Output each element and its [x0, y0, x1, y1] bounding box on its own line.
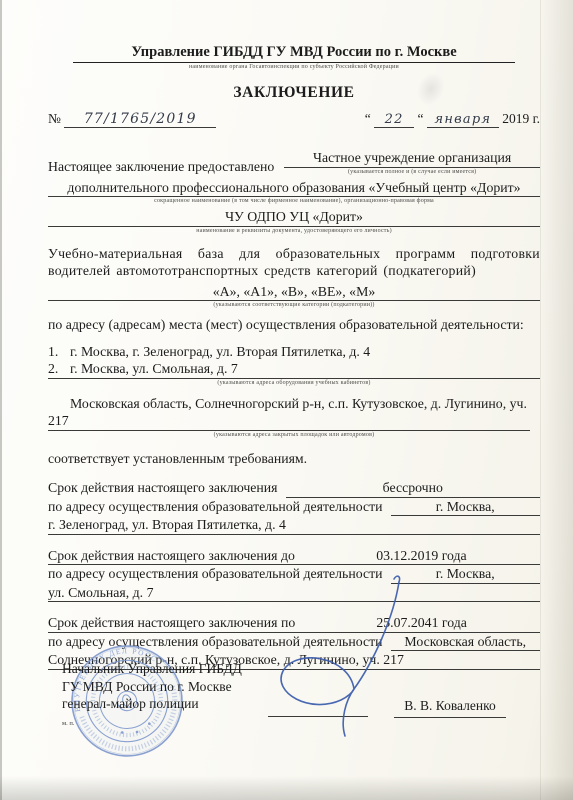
number-date-row: № 77/1765/2019 “ 22 “ января 2019 г.: [48, 111, 540, 128]
validity-term-row: Срок действия настоящего заключения по 2…: [48, 614, 540, 633]
validity-address-row: по адресу осуществления образовательной …: [48, 565, 540, 584]
issued-to-right: Частное учреждение организация (указывае…: [284, 149, 540, 176]
validity-address-label: по адресу осуществления образовательной …: [48, 565, 391, 583]
close-quote: “: [417, 111, 423, 126]
issued-to-caption2: сокращенное наименование (в том числе фи…: [48, 197, 540, 205]
validity-label: Срок действия настоящего заключения до: [48, 547, 303, 565]
validity-term-row: Срок действия настоящего заключения до 0…: [48, 547, 540, 566]
validity-address-label: по адресу осуществления образовательной …: [48, 498, 391, 516]
stamp-place-label: м. п.: [62, 715, 242, 733]
address-number: 2.: [48, 360, 70, 378]
signatory-name: В. В. Коваленко: [394, 698, 506, 718]
issued-to-line3: ЧУ ОДПО УЦ «Дорит»: [48, 208, 540, 227]
date-day-handwritten: 22: [374, 112, 414, 128]
issued-to-line2-wrap: дополнительного профессионального образо…: [48, 179, 540, 206]
open-quote: “: [365, 111, 371, 126]
issued-to-line2: дополнительного профессионального образо…: [48, 179, 540, 198]
issuing-authority: Управление ГИБДД ГУ МВД России по г. Мос…: [73, 44, 515, 63]
header: Управление ГИБДД ГУ МВД России по г. Мос…: [73, 44, 515, 71]
address-item: 1. г. Москва, г. Зеленоград, ул. Вторая …: [48, 343, 540, 361]
validity-label: Срок действия настоящего заключения: [48, 479, 286, 497]
validity-address-line2: ул. Смольная, д. 7: [48, 584, 540, 603]
addresses-list: 1. г. Москва, г. Зеленоград, ул. Вторая …: [48, 343, 540, 387]
validity-value: бессрочно: [286, 479, 540, 498]
validity-address-value: г. Москва,: [391, 565, 541, 584]
validity-term-row: Срок действия настоящего заключения бесс…: [48, 479, 540, 498]
addresses-caption: (указываются адреса оборудования учебных…: [48, 379, 540, 387]
validity-block: Срок действия настоящего заключения бесс…: [48, 479, 540, 535]
validity-address-row: по адресу осуществления образовательной …: [48, 498, 540, 517]
number-label: №: [48, 111, 61, 126]
issued-to-row: Настоящее заключение предоставлено Частн…: [48, 149, 540, 176]
date-month-handwritten: января: [427, 112, 499, 128]
address-number: 1.: [48, 343, 70, 361]
address-item: 2. г. Москва, ул. Смольная, д. 7: [48, 360, 540, 379]
categories: «А», «А1», «В», «ВЕ», «М»: [48, 283, 540, 302]
signoff-title-line3: генерал-майор полиции: [62, 695, 242, 713]
document-page: Управление ГИБДД ГУ МВД России по г. Мос…: [0, 0, 573, 800]
issued-to-caption3: наименование и реквизиты документа, удос…: [48, 227, 540, 235]
validity-value: 25.07.2041 года: [303, 614, 540, 632]
autodrome-wrap: Московская область, Солнечногорский р-н,…: [48, 395, 540, 439]
validity-address-value: г. Москва,: [391, 498, 541, 517]
document-date: “ 22 “ января 2019 г.: [365, 111, 540, 128]
autodrome-caption: (указываются адреса закрытых площадок ил…: [48, 431, 540, 439]
signoff-title-line1: Начальник Управления ГИБДД: [62, 660, 242, 678]
validity-address-line2: г. Зеленоград, ул. Вторая Пятилетка, д. …: [48, 516, 540, 535]
validity-address-value: Московская область,: [391, 633, 541, 652]
signoff-title-line2: ГУ МВД России по г. Москве: [62, 678, 242, 696]
addresses-lead: по адресу (адресам) места (мест) осущест…: [48, 316, 540, 334]
number-value-handwritten: 77/1765/2019: [64, 111, 216, 128]
validity-value: 03.12.2019 года: [303, 547, 540, 565]
training-base-paragraph: Учебно-материальная база для образовател…: [48, 245, 540, 280]
address-text: г. Москва, ул. Смольная, д. 7: [70, 360, 238, 378]
validity-block: Срок действия настоящего заключения до 0…: [48, 547, 540, 603]
autodrome-address: Московская область, Солнечногорский р-н,…: [48, 395, 530, 431]
validity-label: Срок действия настоящего заключения по: [48, 614, 303, 632]
scanned-document: Управление ГИБДД ГУ МВД России по г. Мос…: [0, 0, 573, 800]
issued-to-line3-wrap: ЧУ ОДПО УЦ «Дорит» наименование и реквиз…: [48, 208, 540, 235]
conformity-statement: соответствует установленным требованиям.: [48, 450, 540, 468]
categories-wrap: «А», «А1», «В», «ВЕ», «М» (указываются с…: [48, 283, 540, 310]
issued-to-lead: Настоящее заключение предоставлено: [48, 158, 284, 176]
categories-caption: (указываются соответствующие категории (…: [48, 301, 540, 309]
address-text: г. Москва, г. Зеленоград, ул. Вторая Пят…: [70, 343, 370, 361]
issuing-authority-caption: наименование органа Госавтоинспекции по …: [73, 63, 515, 71]
issued-to-line1: Частное учреждение организация: [284, 149, 540, 168]
issued-to-caption1: (указывается полное и (в случае если име…: [284, 168, 540, 176]
signoff-block: Начальник Управления ГИБДД ГУ МВД России…: [62, 660, 242, 732]
document-title: ЗАКЛЮЧЕНИЕ: [48, 84, 540, 102]
signature-line: [268, 716, 368, 717]
date-year: 2019 г.: [502, 111, 540, 126]
document-number: № 77/1765/2019: [48, 111, 216, 128]
